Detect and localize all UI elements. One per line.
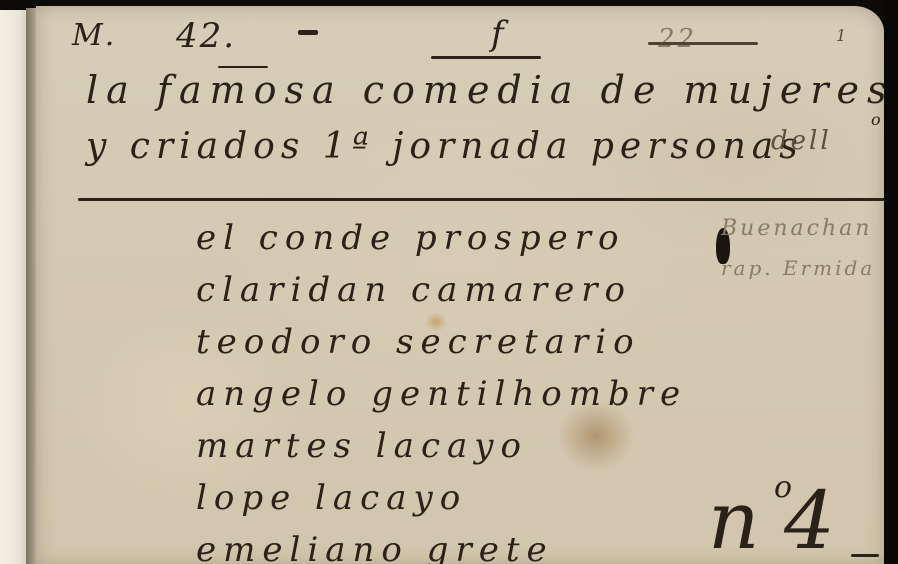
- shelfmark-prefix: M.: [72, 18, 116, 53]
- title-superscript: o: [871, 110, 885, 129]
- title-line-2-end: dell: [771, 126, 832, 156]
- dash-mark: [298, 30, 318, 35]
- cast-list-item: el conde prospero: [196, 218, 625, 258]
- manuscript-viewer: M. 42. f 22 1 la famosa comedia de mujer…: [0, 0, 898, 564]
- folio-line: [431, 56, 541, 59]
- background-edge: [884, 0, 898, 564]
- strike-through-line: [648, 42, 758, 45]
- item-number-prefix: n: [708, 474, 770, 564]
- cast-list-item: emeliano grete: [196, 530, 554, 564]
- folio-mark: f: [491, 14, 508, 54]
- adjacent-page-edge: [0, 10, 26, 564]
- title-line-1: la famosa comedia de mujeres: [86, 68, 894, 112]
- margin-note-line-1: Buenachan: [721, 216, 872, 241]
- cast-list-item: claridan camarero: [196, 270, 632, 310]
- corner-page-mark: 1: [836, 26, 850, 45]
- title-divider-rule: [78, 198, 896, 201]
- manuscript-page: M. 42. f 22 1 la famosa comedia de mujer…: [36, 6, 884, 564]
- item-number-dash: [851, 554, 879, 557]
- cast-list-item: martes lacayo: [196, 426, 528, 466]
- cast-list-item: angelo gentilhombre: [196, 374, 687, 414]
- struck-old-number: 22: [658, 24, 697, 54]
- margin-note-line-2: rap. Ermida: [721, 256, 875, 280]
- cast-list-item: teodoro secretario: [196, 322, 641, 362]
- title-line-2: y criados 1ª jornada personas: [86, 126, 804, 167]
- cast-list-item: lope lacayo: [196, 478, 467, 518]
- item-number-value: 4: [784, 474, 845, 564]
- shelfmark-number: 42.: [176, 16, 236, 56]
